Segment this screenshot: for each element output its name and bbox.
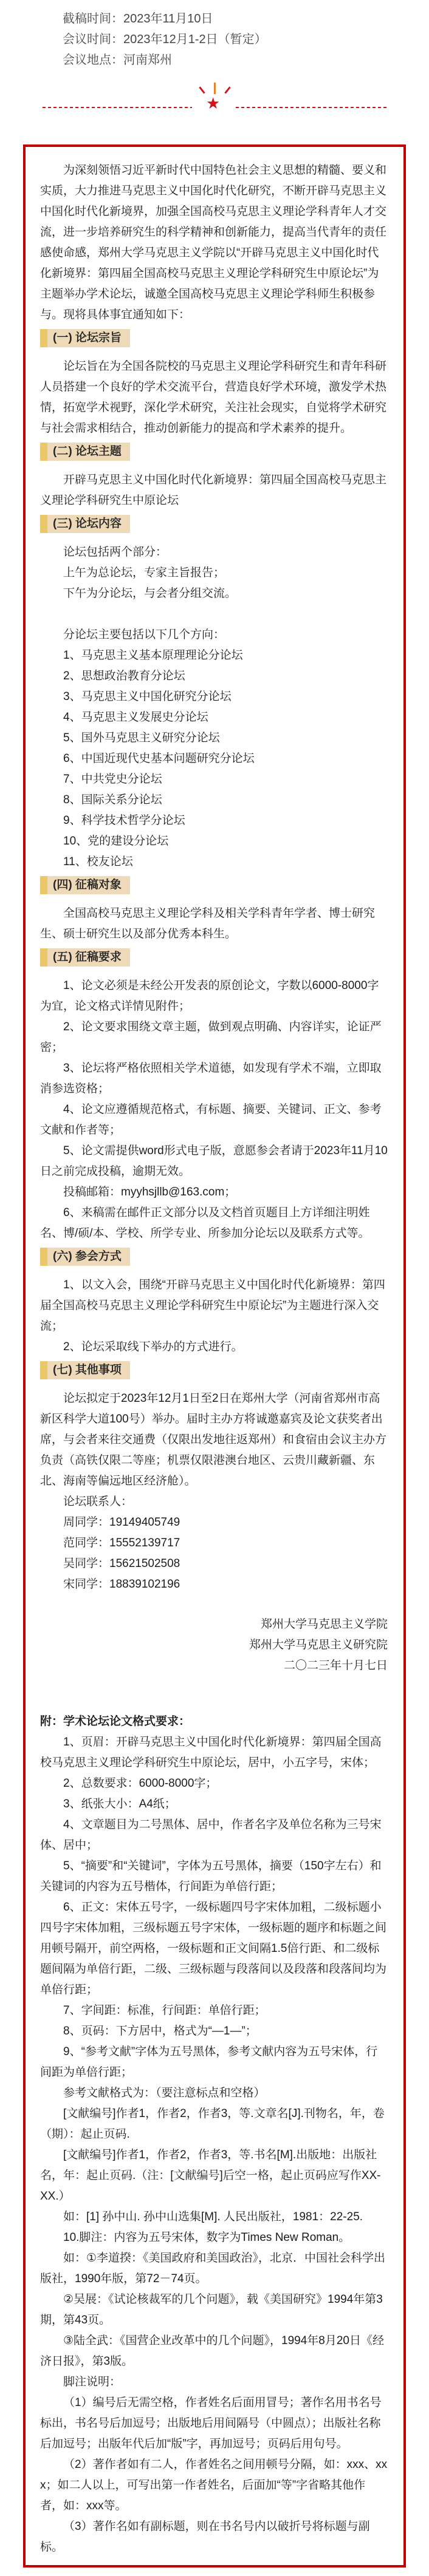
signature-line: 二〇二三年十月七日 [40, 1656, 388, 1676]
notice-paragraph: 3、论坛将严格依照相关学术道德，如发现有学术不端，立即取消参选资格； [40, 1058, 388, 1099]
notice-paragraph: 5、“摘要”和“关键词”，字体为五号黑体，摘要（150字左右）和关键词的内容为五… [40, 1856, 388, 1897]
meta-info: 截稿时间：2023年11月10日 会议时间：2023年12月1-2日（暂定） 会… [0, 0, 429, 70]
notice-paragraph: [文献编号]作者1，作者2，作者3，等.文章名[J].刊物名，年，卷（期）：起止… [40, 2104, 388, 2145]
section-heading-row: (六) 参会方式 [40, 1248, 388, 1266]
notice-paragraph: （2）著作者如有二人，作者姓名之间用顿号分隔，如：xxx、xxx；如二人以上，可… [40, 2455, 388, 2517]
section-heading-row: (五) 征稿要求 [40, 948, 388, 967]
notice-paragraph: 上午为总论坛，专家主旨报告； [40, 563, 388, 583]
ray-left-icon [199, 86, 205, 93]
notice-paragraph: 如：[1] 孙中山. 孙中山选集[M]. 人民出版社，1981：22-25. [40, 2207, 388, 2228]
divider-dash-left [43, 107, 192, 108]
section-heading: (三) 论坛内容 [40, 515, 130, 533]
spacer [40, 1676, 388, 1711]
spacer [40, 1595, 388, 1614]
notice-paragraph: 下午为分论坛，与会者分组交流。 [40, 583, 388, 604]
section-heading-row: (二) 论坛主题 [40, 443, 388, 461]
notice-paragraph: 4、论文应遵循规范格式，有标题、摘要、关键词、正文、参考文献和作者等； [40, 1099, 388, 1141]
notice-paragraph: 5、论文需提供word形式电子版，意愿参会者请于2023年11月10日之前完成投… [40, 1141, 388, 1182]
notice-paragraph: 4、文章题目为二号黑体、居中，作者名字及单位名称为三号宋体、居中； [40, 1815, 388, 1856]
notice-paragraph: 脚注说明： [40, 2372, 388, 2393]
spacer [40, 604, 388, 625]
notice-paragraph: 5、国外马克思主义研究分论坛 [40, 728, 388, 749]
notice-paragraph: 开辟马克思主义中国化时代化新境界：第四届全国高校马克思主义理论学科研究生中原论坛 [40, 470, 388, 511]
notice-paragraph: 1、页眉：开辟马克思主义中国化时代化新境界：第四届全国高校马克思主义理论学科研究… [40, 1732, 388, 1773]
notice-paragraph: （3）著作名如有副标题，则在书名号内以破折号将标题与副标。 [40, 2517, 388, 2558]
notice-paragraph: 2、思想政治教育分论坛 [40, 666, 388, 687]
notice-paragraph: 分论坛主要包括以下几个方向： [40, 625, 388, 645]
notice-paragraph: 论坛拟定于2023年12月1日至2日在郑州大学（河南省郑州市高新区科学大道100… [40, 1388, 388, 1492]
section-heading: (五) 征稿要求 [40, 948, 130, 967]
notice-paragraph: 3、马克思主义中国化研究分论坛 [40, 687, 388, 707]
notice-paragraph: ②吴展：《试论核裁军的几个问题》，载《美国研究》1994年第3期，第43页。 [40, 2289, 388, 2331]
notice-paragraph: [文献编号]作者1，作者2，作者3，等.书名[M].出版地：出版社名，年：起止页… [40, 2145, 388, 2207]
section-heading-row: (七) 其他事项 [40, 1361, 388, 1379]
notice-paragraph: 吴同学：15621502508 [40, 1554, 388, 1574]
notice-paragraph: （1）编号后无需空格，作者姓名后面用冒号；著作名用书名号标出，书名号后加逗号；出… [40, 2393, 388, 2455]
section-heading: (七) 其他事项 [40, 1361, 130, 1379]
section-heading: (四) 征稿对象 [40, 876, 130, 894]
notice-paragraph: 11、校友论坛 [40, 852, 388, 872]
notice-paragraph: 周同学：19149405749 [40, 1512, 388, 1533]
section-heading: (二) 论坛主题 [40, 443, 130, 461]
notice-paragraph: 2、论文要求围绕文章主题，做到观点明确、内容详实，论证严密； [40, 1017, 388, 1058]
signature-line: 郑州大学马克思主义学院 [40, 1614, 388, 1635]
venue-line: 会议地点：河南郑州 [63, 50, 429, 70]
notice-paragraph: 2、论坛采取线下举办的方式进行。 [40, 1337, 388, 1358]
notice-paragraph: 8、国际关系分论坛 [40, 790, 388, 811]
notice-paragraph: 论坛包括两个部分： [40, 542, 388, 563]
section-heading-row: (三) 论坛内容 [40, 515, 388, 533]
star-icon: ★ [206, 95, 220, 112]
notice-paragraph: 9、科学技术哲学分论坛 [40, 811, 388, 831]
notice-paragraph: 9、“参考文献”字体为五号黑体，参考文献内容为五号宋体，行间距为单倍行距； [40, 2042, 388, 2083]
notice-paragraph: 1、论文必须是未经公开发表的原创论文，字数以6000-8000字为宜，论文格式详… [40, 976, 388, 1017]
notice-paragraph: 7、中共党史分论坛 [40, 769, 388, 790]
notice-paragraph: 8、页码：下方居中，格式为“—1—”； [40, 2021, 388, 2042]
meeting-time-line: 会议时间：2023年12月1-2日（暂定） [63, 29, 429, 50]
section-heading-row: (一) 论坛宗旨 [40, 329, 388, 347]
section-heading: (六) 参会方式 [40, 1248, 130, 1266]
notice-paragraph: 宋同学：18839102196 [40, 1574, 388, 1595]
divider-dash-right [236, 107, 388, 108]
notice-paragraph: 10、党的建设分论坛 [40, 831, 388, 852]
notice-paragraph: 2、总数要求：6000-8000字； [40, 1773, 388, 1794]
notice-paragraph: 4、马克思主义发展史分论坛 [40, 707, 388, 728]
attachment-heading: 附：学术论坛论文格式要求： [40, 1711, 388, 1732]
section-heading-row: (四) 征稿对象 [40, 876, 388, 894]
notice-paragraph: 3、纸张大小：A4纸； [40, 1794, 388, 1815]
notice-paragraph: 参考文献格式为：（要注意标点和空格） [40, 2083, 388, 2104]
ray-middle-icon [214, 83, 216, 94]
notice-paragraph: 10.脚注：内容为五号宋体，数字为Times New Roman。 [40, 2228, 388, 2248]
notice-paragraph: 6、正文：宋体五号字，一级标题四号字宋体加粗，二级标题小四号字宋体加粗，三级标题… [40, 1897, 388, 2000]
notice-paragraph: 全国高校马克思主义理论学科及相关学科青年学者、博士研究生、硕士研究生以及部分优秀… [40, 903, 388, 945]
notice-paragraph: 1、马克思主义基本原理理论分论坛 [40, 645, 388, 666]
notice-box: 为深刻领悟习近平新时代中国特色社会主义思想的精髓、要义和实质，大力推进马克思主义… [23, 144, 406, 2568]
notice-paragraph: 1、以文入会，围绕“开辟马克思主义中国化时代化新境界：第四届全国高校马克思主义理… [40, 1275, 388, 1337]
notice-paragraph: 投稿邮箱：myyhsjllb@163.com； [40, 1182, 388, 1203]
ray-right-icon [224, 86, 230, 93]
section-heading: (一) 论坛宗旨 [40, 329, 130, 347]
notice-paragraph: 如：①李道揆：《美国政府和美国政治》，北京．中国社会科学出版社，1990年版，第… [40, 2248, 388, 2289]
notice-paragraph: 6、中国近现代史基本问题研究分论坛 [40, 749, 388, 769]
deadline-line: 截稿时间：2023年11月10日 [63, 8, 429, 29]
notice-paragraph: 论坛旨在为全国各院校的马克思主义理论学科研究生和青年科研人员搭建一个良好的学术交… [40, 356, 388, 439]
notice-paragraph: 6、来稿需在邮件正文部分以及文档首页题目上方详细注明姓名、博/硕/本、学校、所学… [40, 1203, 388, 1244]
notice-paragraph: 论坛联系人： [40, 1492, 388, 1512]
notice-paragraph: 为深刻领悟习近平新时代中国特色社会主义思想的精髓、要义和实质，大力推进马克思主义… [40, 160, 388, 325]
signature-line: 郑州大学马克思主义研究院 [40, 1635, 388, 1656]
notice-paragraph: 范同学：15552139717 [40, 1533, 388, 1554]
notice-paragraph: 7、字间距：标准，行间距：单倍行距； [40, 2000, 388, 2021]
star-divider: ★ [0, 80, 429, 119]
notice-paragraph: ③陆全武：《国营企业改革中的几个问题》，1994年8月20日《经济日报》，第3版… [40, 2331, 388, 2372]
